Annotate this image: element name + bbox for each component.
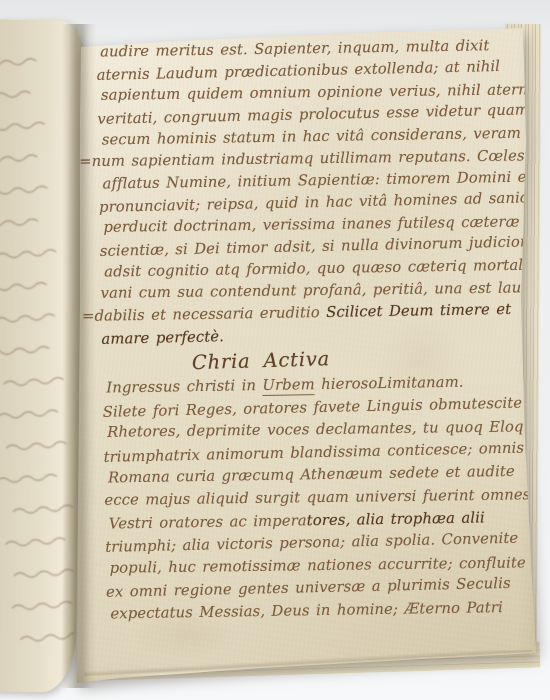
manuscript-photo: audire meritus est. Sapienter, inquam, m… bbox=[0, 0, 550, 700]
manuscript-text-segment: Scilicet Deum timere et bbox=[326, 301, 511, 321]
manuscript-text-segment: Vestri oratores ac impera bbox=[109, 512, 307, 532]
paragraph-1: audire meritus est. Sapienter, inquam, m… bbox=[100, 34, 532, 350]
manuscript-text-segment: Romana curia græcumq Athenæum sedete et … bbox=[108, 463, 515, 487]
manuscript-text-segment: hierosoLimitanam. bbox=[315, 374, 464, 393]
page-shadow-wrap: audire meritus est. Sapienter, inquam, m… bbox=[0, 0, 550, 700]
manuscript-text-segment: expectatus Messias, Deus in homine; Æter… bbox=[110, 599, 503, 622]
manuscript-text-segment: ecce majus aliquid surgit quam universi … bbox=[104, 486, 530, 509]
manuscript-text-segment: =dabilis et necessaria eruditio bbox=[82, 304, 326, 325]
paper-crease bbox=[84, 650, 532, 677]
manuscript-text-segment: vani cum sua contendunt profanâ, peritiâ… bbox=[101, 279, 534, 302]
manuscript-text-segment: tores, alia trophæa alii bbox=[307, 509, 485, 529]
manuscript-text-segment: adsit cognitio atq formido, quo quæso cæ… bbox=[104, 256, 550, 280]
paragraph-2: Ingressus christi in Urbem hierosoLimita… bbox=[106, 370, 536, 626]
manuscript-text-segment: Urbem bbox=[262, 376, 315, 396]
manuscript-text-segment: Ingressus christi in bbox=[106, 377, 262, 397]
handwritten-text-block: audire meritus est. Sapienter, inquam, m… bbox=[100, 34, 537, 626]
manuscript-page: audire meritus est. Sapienter, inquam, m… bbox=[0, 0, 550, 700]
manuscript-text-segment: amare perfectè. bbox=[101, 328, 224, 348]
manuscript-text-segment: secum hominis statum in hac vitâ conside… bbox=[102, 124, 550, 149]
